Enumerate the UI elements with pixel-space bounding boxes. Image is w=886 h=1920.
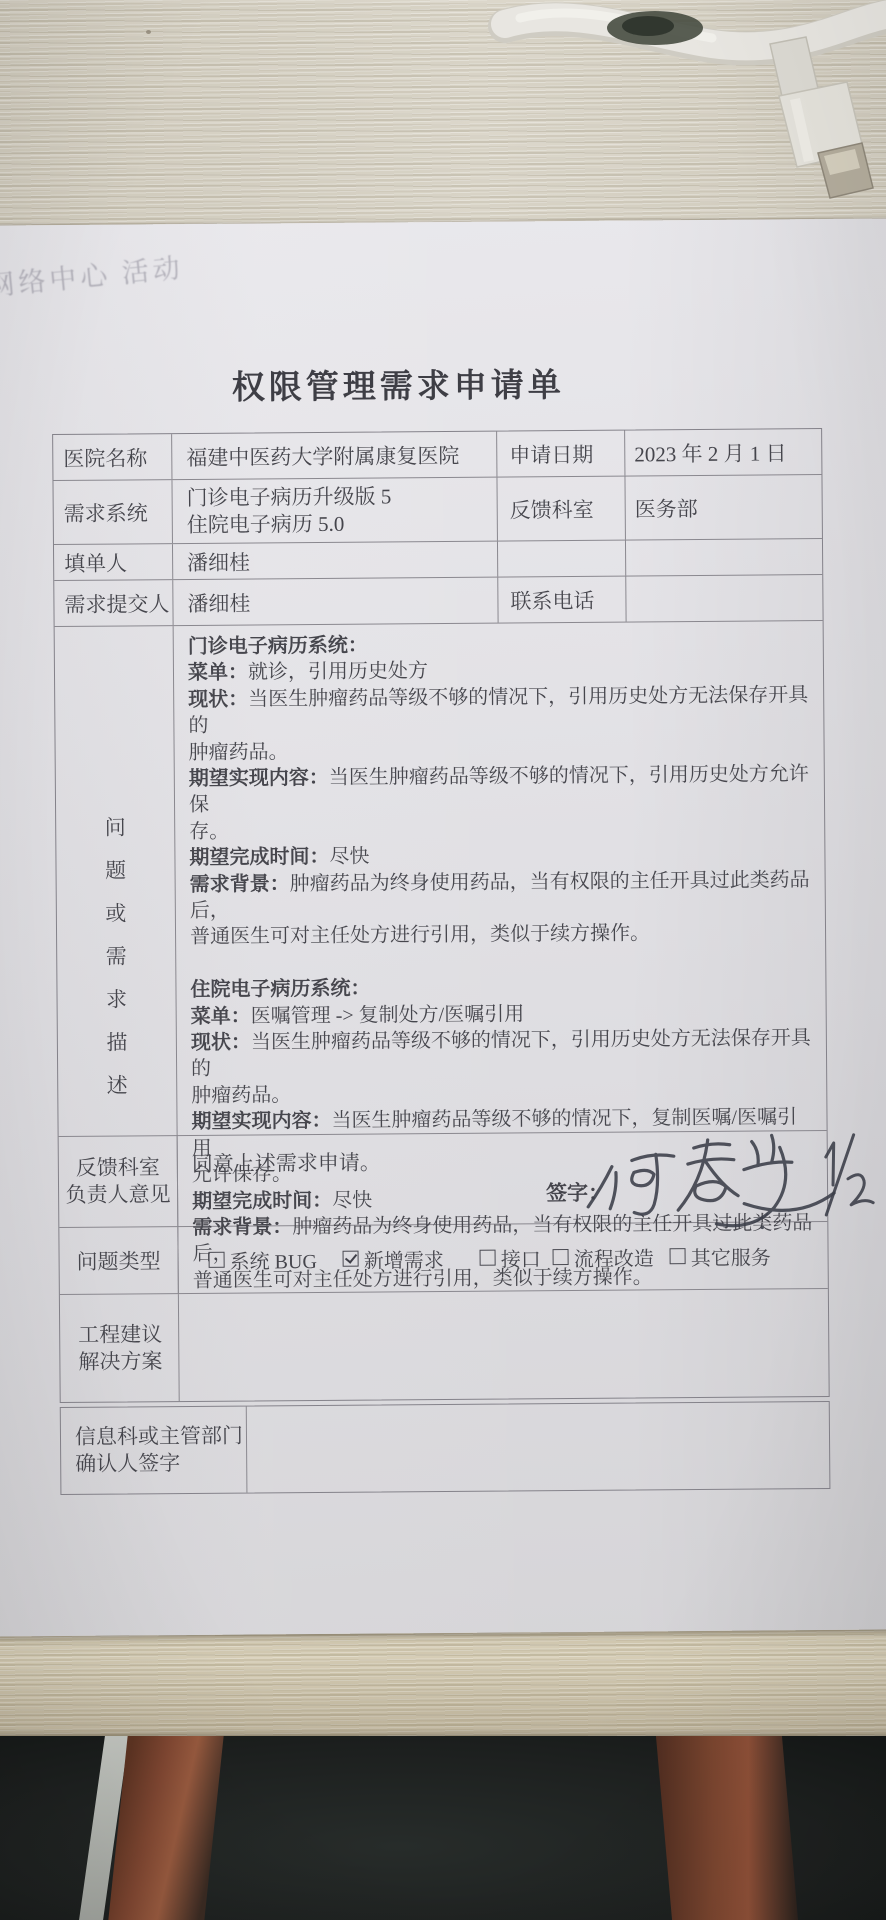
signature-date-handwriting <box>826 1135 874 1215</box>
checkbox-option: 新增需求 <box>343 1244 444 1274</box>
apply-date-value: 2023 年 2 月 1 日 <box>625 429 823 476</box>
checkbox-option: 系统 BUG <box>208 1245 316 1275</box>
row-filler: 填单人 潘细桂 <box>54 539 822 581</box>
signature-stroke <box>694 1144 730 1148</box>
cable-dark-patch-core <box>622 16 674 36</box>
description-line: 期望实现内容：当医生肿瘤药品等级不够的情况下，引用历史处方允许保 <box>189 761 812 819</box>
empty-cell <box>626 539 824 576</box>
row-hospital: 医院名称 福建中医药大学附属康复医院 申请日期 2023 年 2 月 1 日 <box>53 429 821 481</box>
desk-edge <box>0 1626 886 1738</box>
engineering-value-empty <box>179 1289 831 1401</box>
form-title: 权限管理需求申请单 <box>232 359 565 409</box>
demand-system-value: 门诊电子病历升级版 5 住院电子病历 5.0 <box>172 478 497 544</box>
description-line: 现状：当医生肿瘤药品等级不够的情况下，引用历史处方无法保存开具的 <box>191 1025 814 1083</box>
signature-stroke <box>752 1142 759 1166</box>
description-line: 需求背景：肿瘤药品为终身使用药品，当有权限的主任开具过此类药品后， <box>190 867 813 925</box>
confirm-value-empty <box>247 1402 832 1493</box>
empty-cell <box>498 541 626 577</box>
usb-c-connector <box>770 37 873 198</box>
checkbox-label: 系统 BUG <box>229 1245 316 1275</box>
row-confirm: 信息科或主管部门 确认人签字 <box>61 1402 830 1494</box>
hospital-name-value: 福建中医药大学附属康复医院 <box>172 432 497 480</box>
form-filler-label: 填单人 <box>54 544 173 580</box>
signature-stroke <box>772 1135 774 1161</box>
form-filler-value: 潘细桂 <box>173 542 498 580</box>
signature-stroke <box>744 1193 834 1211</box>
row-feedback-opinion: 反馈科室 负责人意见 同意上述需求申请。 签字： <box>59 1131 828 1228</box>
feedback-dept-value: 医务部 <box>625 475 823 540</box>
signature-stroke <box>588 1167 612 1207</box>
checkbox-label: 接口 <box>501 1243 541 1272</box>
problem-type-label: 问题类型 <box>59 1227 179 1294</box>
under-desk-shadow <box>0 1736 886 1920</box>
feedback-opinion-content: 同意上述需求申请。 签字： <box>178 1131 830 1226</box>
date-stroke <box>848 1175 873 1205</box>
contact-phone-label: 联系电话 <box>498 577 626 623</box>
row-description: 问题或需求描述 门诊电子病历系统：菜单：就诊，引用历史处方现状：当医生肿瘤药品等… <box>55 621 827 1137</box>
signature-stroke <box>632 1170 654 1186</box>
checkbox-icon <box>209 1252 225 1268</box>
table-leg-right <box>656 1736 798 1920</box>
submitter-label: 需求提交人 <box>54 580 173 626</box>
apply-date-label: 申请日期 <box>497 431 625 477</box>
checkbox-icon <box>480 1250 496 1266</box>
contact-phone-value <box>626 575 824 622</box>
signature-handwriting <box>575 1105 876 1267</box>
usb-cable <box>0 0 886 230</box>
feedback-opinion-label: 反馈科室 负责人意见 <box>59 1136 179 1227</box>
confirm-label: 信息科或主管部门 确认人签字 <box>61 1407 248 1494</box>
signature-stroke <box>688 1159 734 1164</box>
row-engineering: 工程建议 解决方案 <box>60 1289 829 1402</box>
paper-form: 网络中心 活动 权限管理需求申请单 医院名称 福建中医药大学附属康复医院 申请日… <box>0 218 886 1636</box>
signature-stroke <box>706 1162 738 1196</box>
row-system: 需求系统 门诊电子病历升级版 5 住院电子病历 5.0 反馈科室 医务部 <box>53 475 821 545</box>
hospital-name-label: 医院名称 <box>53 434 172 480</box>
row-submitter: 需求提交人 潘细桂 联系电话 <box>54 575 822 627</box>
feedback-dept-label: 反馈科室 <box>497 477 625 541</box>
engineering-label: 工程建议 解决方案 <box>60 1294 180 1402</box>
checkbox-label: 新增需求 <box>364 1244 444 1274</box>
signature-stroke <box>610 1173 616 1209</box>
form-sheet: 网络中心 活动 权限管理需求申请单 医院名称 福建中医药大学附属康复医院 申请日… <box>0 219 886 1637</box>
confirm-table: 信息科或主管部门 确认人签字 <box>60 1401 831 1495</box>
signature-stroke <box>695 1182 727 1201</box>
table-leg-left <box>108 1736 223 1920</box>
checkbox-option: 接口 <box>480 1243 541 1272</box>
opinion-text: 同意上述需求申请。 <box>192 1146 381 1177</box>
demand-system-label: 需求系统 <box>53 480 172 544</box>
checkbox-checked-icon <box>343 1251 359 1267</box>
date-stroke <box>826 1143 834 1185</box>
description-line: 现状：当医生肿瘤药品等级不够的情况下，引用历史处方无法保存开具的 <box>188 682 811 740</box>
signature-stroke <box>632 1155 674 1161</box>
submitter-value: 潘细桂 <box>173 578 498 626</box>
signature-dot <box>761 1226 764 1229</box>
description-label-text: 问题或需求描述 <box>102 806 130 1107</box>
checkbox-icon <box>553 1249 569 1265</box>
handwritten-note: 网络中心 活动 <box>0 236 288 303</box>
main-table: 医院名称 福建中医药大学附属康复医院 申请日期 2023 年 2 月 1 日 需… <box>52 428 830 1403</box>
